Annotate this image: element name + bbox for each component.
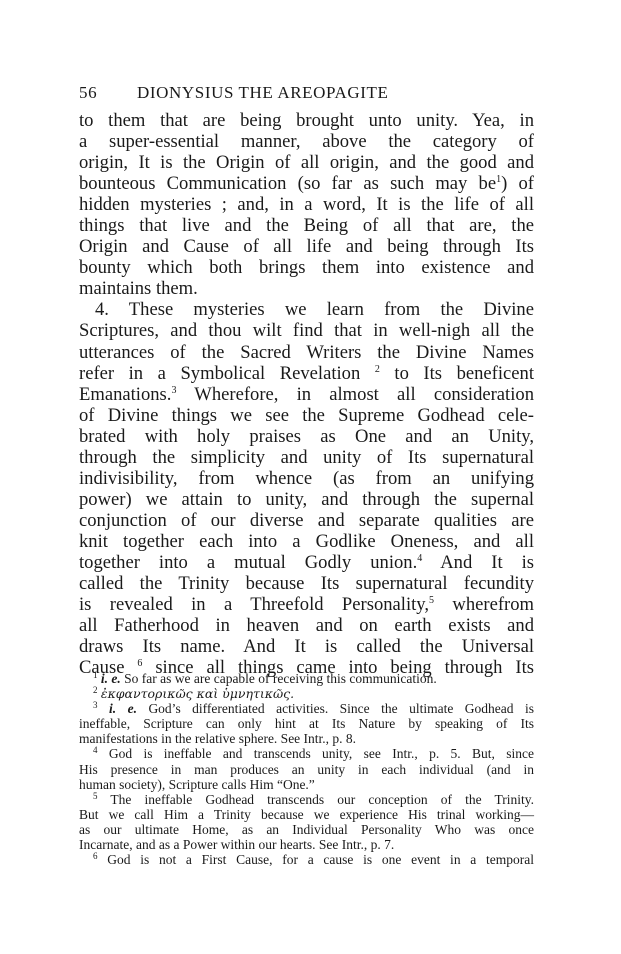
body-line: maintains them. [79,278,534,299]
body-line: Emanations.3 Wherefore, in almost all co… [79,384,534,405]
section-4-start: 4. These mysteries we learn from the Div… [79,299,534,320]
footnote-5-cont: as our ultimate Home, as an Individual P… [79,822,534,837]
body-line: hidden mysteries ; and, in a word, It is… [79,194,534,215]
running-title: DIONYSIUS THE AREOPAGITE [137,83,388,103]
footnote-5: 5 The ineffable Godhead transcends our c… [79,792,534,807]
body-line: origin, It is the Origin of all origin, … [79,152,534,173]
body-line: conjunction of our diverse and separate … [79,510,534,531]
footnote-4-cont: His presence in man produces an unity in… [79,762,534,777]
footnote-5-cont: Incarnate, and as a Power within our hea… [79,837,534,852]
footnote-3-cont: ineffable, Scripture can only hint at It… [79,716,534,731]
body-line: Scriptures, and thou wilt find that in w… [79,320,534,341]
page-number: 56 [79,83,97,103]
body-line: all Fatherhood in heaven and on earth ex… [79,615,534,636]
body-line: things that live and the Being of all th… [79,215,534,236]
body-line: of Divine things we see the Supreme Godh… [79,405,534,426]
body-line: a super-essential manner, above the cate… [79,131,534,152]
footnote-marker: 1 [93,670,98,680]
footnote-3: 3 i. e. God’s differentiated activities.… [79,701,534,716]
footnote-3-cont: manifestations in the relative sphere. S… [79,731,534,746]
body-line: utterances of the Sacred Writers the Div… [79,342,534,363]
body-line: bounteous Communication (so far as such … [79,173,534,194]
body-line: indivisibility, from whence (as from an … [79,468,534,489]
body-line: through the simplicity and unity of Its … [79,447,534,468]
body-line: together into a mutual Godly union.4 And… [79,552,534,573]
footnote-marker: 6 [93,851,98,861]
body-line: called the Trinity because Its supernatu… [79,573,534,594]
footnote-4-cont: human society), Scripture calls Him “One… [79,777,534,792]
body-line: to them that are being brought unto unit… [79,110,534,131]
body-line: knit together each into a Godlike Onenes… [79,531,534,552]
footnote-6: 6 God is not a First Cause, for a cause … [79,852,534,867]
footnote-5-cont: But we call Him a Trinity because we exp… [79,807,534,822]
body-line: power) we attain to unity, and through t… [79,489,534,510]
footnote-marker: 4 [93,745,98,755]
body-line: brated with holy praises as One and an U… [79,426,534,447]
running-head: 56 DIONYSIUS THE AREOPAGITE [79,83,534,107]
greek-text: ἐκφαντορικῶς καὶ ὑμνητικῶς. [101,686,294,701]
body-text: to them that are being brought unto unit… [79,110,534,678]
body-line: refer in a Symbolical Revelation 2 to It… [79,363,534,384]
footnote-marker: 5 [93,791,98,801]
body-line: draws Its name. And It is called the Uni… [79,636,534,657]
footnote-1: 1 i. e. So far as we are capable of rece… [79,671,534,686]
body-line: Origin and Cause of all life and being t… [79,236,534,257]
book-page: 56 DIONYSIUS THE AREOPAGITE to them that… [0,0,621,954]
body-line: is revealed in a Threefold Personality,5… [79,594,534,615]
footnote-marker: 3 [93,700,98,710]
body-line: bounty which both brings them into exist… [79,257,534,278]
footnote-marker: 2 [93,685,98,695]
footnote-4: 4 God is ineffable and transcends unity,… [79,746,534,761]
footnote-2: 2 ἐκφαντορικῶς καὶ ὑμνητικῶς. [79,686,534,701]
footnotes: 1 i. e. So far as we are capable of rece… [79,671,534,867]
